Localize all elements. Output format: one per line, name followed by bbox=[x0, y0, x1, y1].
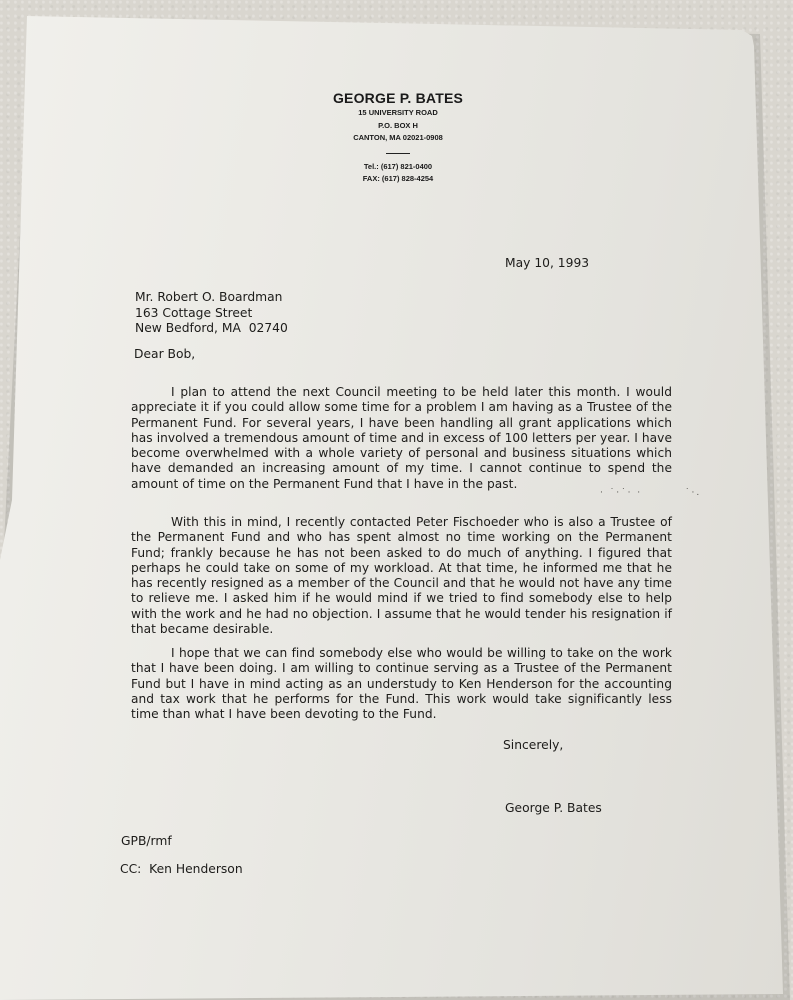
ink-specks: · ˙·˙· · bbox=[600, 488, 642, 498]
recipient-street: 163 Cottage Street bbox=[135, 306, 288, 322]
recipient-address: Mr. Robert O. Boardman 163 Cottage Stree… bbox=[135, 290, 288, 337]
letterhead-phone: Tel.: (617) 821-0400 bbox=[300, 161, 496, 174]
letterhead-fax: FAX: (617) 828-4254 bbox=[300, 173, 496, 186]
letterhead-po-box: P.O. BOX H bbox=[300, 120, 496, 133]
recipient-city: New Bedford, MA 02740 bbox=[135, 321, 288, 337]
letterhead-divider bbox=[386, 153, 410, 154]
ink-specks: ˙·. bbox=[685, 488, 701, 498]
cc-line: CC: Ken Henderson bbox=[120, 862, 243, 876]
reference-initials: GPB/rmf bbox=[121, 834, 172, 848]
body-paragraph: With this in mind, I recently contacted … bbox=[131, 515, 672, 637]
body-paragraph: I hope that we can find somebody else wh… bbox=[131, 646, 672, 722]
letter-date: May 10, 1993 bbox=[505, 256, 589, 270]
closing: Sincerely, bbox=[503, 738, 563, 752]
recipient-name: Mr. Robert O. Boardman bbox=[135, 290, 288, 306]
body-paragraph: I plan to attend the next Council meetin… bbox=[131, 385, 672, 492]
salutation: Dear Bob, bbox=[134, 347, 195, 361]
letter: GEORGE P. BATES 15 UNIVERSITY ROAD P.O. … bbox=[0, 0, 793, 1000]
letterhead: GEORGE P. BATES 15 UNIVERSITY ROAD P.O. … bbox=[300, 90, 496, 186]
letterhead-street: 15 UNIVERSITY ROAD bbox=[300, 107, 496, 120]
signer-name: George P. Bates bbox=[505, 801, 602, 815]
letterhead-city: CANTON, MA 02021-0908 bbox=[300, 132, 496, 145]
letterhead-name: GEORGE P. BATES bbox=[300, 90, 496, 107]
